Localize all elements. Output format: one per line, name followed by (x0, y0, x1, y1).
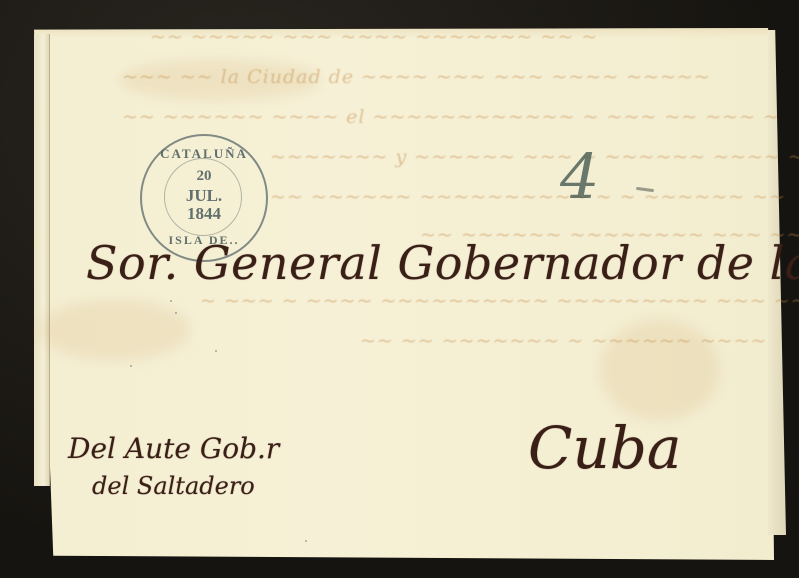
sender-note-line-2: del Saltadero (92, 472, 255, 500)
destination-city: Cuba (528, 414, 681, 482)
postmark-year: 1844 (142, 204, 266, 224)
speckle (305, 540, 307, 542)
paper-stain (40, 300, 190, 360)
postmark-day: 20 (142, 168, 266, 185)
speckle (175, 312, 177, 314)
bleed-through-text: ~~~ ~~ la Ciudad de ~~~~ ~~~ ~~~ ~~~~ ~~… (122, 66, 711, 88)
postmark-origin: CATALUÑA (142, 146, 266, 162)
bleed-through-text: ~~ ~~ ~~~~~~~ ~ ~~~~~~ ~~~~ (360, 330, 767, 352)
bleed-through-text: ~~~~~~~ y ~~~~~~ ~~~ ~ ~~~~~~ ~~~~ ~~~ (270, 146, 799, 168)
sender-note-line-1: Del Aute Gob.r (68, 432, 279, 465)
bleed-through-text: ~ ~~~ ~ ~~~~ ~~~~~~~~~~ ~~~~~~~~~ ~~~ ~~ (200, 290, 799, 312)
speckle (170, 300, 172, 302)
address-line: Sor. General Gobernador de la Prov.a de (86, 236, 799, 290)
speckle (215, 350, 217, 352)
folded-edge (34, 34, 50, 486)
postage-rate-marking: 4 (560, 140, 599, 213)
bleed-through-text: ~~ ~~~~~~ ~~~~~~~~~~ ~ ~ ~~~~~~ ~~ (270, 186, 786, 208)
bleed-through-text: ~~ ~~~~~ ~~~ ~~~~ ~~~~~~~ ~~ ~ (150, 26, 598, 48)
bleed-through-text: ~~ ~~~~~~ ~~~~ el ~~~~~~~~~~~~ ~ ~~~ ~~ … (122, 106, 780, 128)
postmark-month: JUL. (142, 186, 266, 206)
photo-stage: ~~ ~~~~~ ~~~ ~~~~ ~~~~~~~ ~~ ~ ~~~ ~~ la… (0, 0, 799, 578)
speckle (130, 365, 132, 367)
